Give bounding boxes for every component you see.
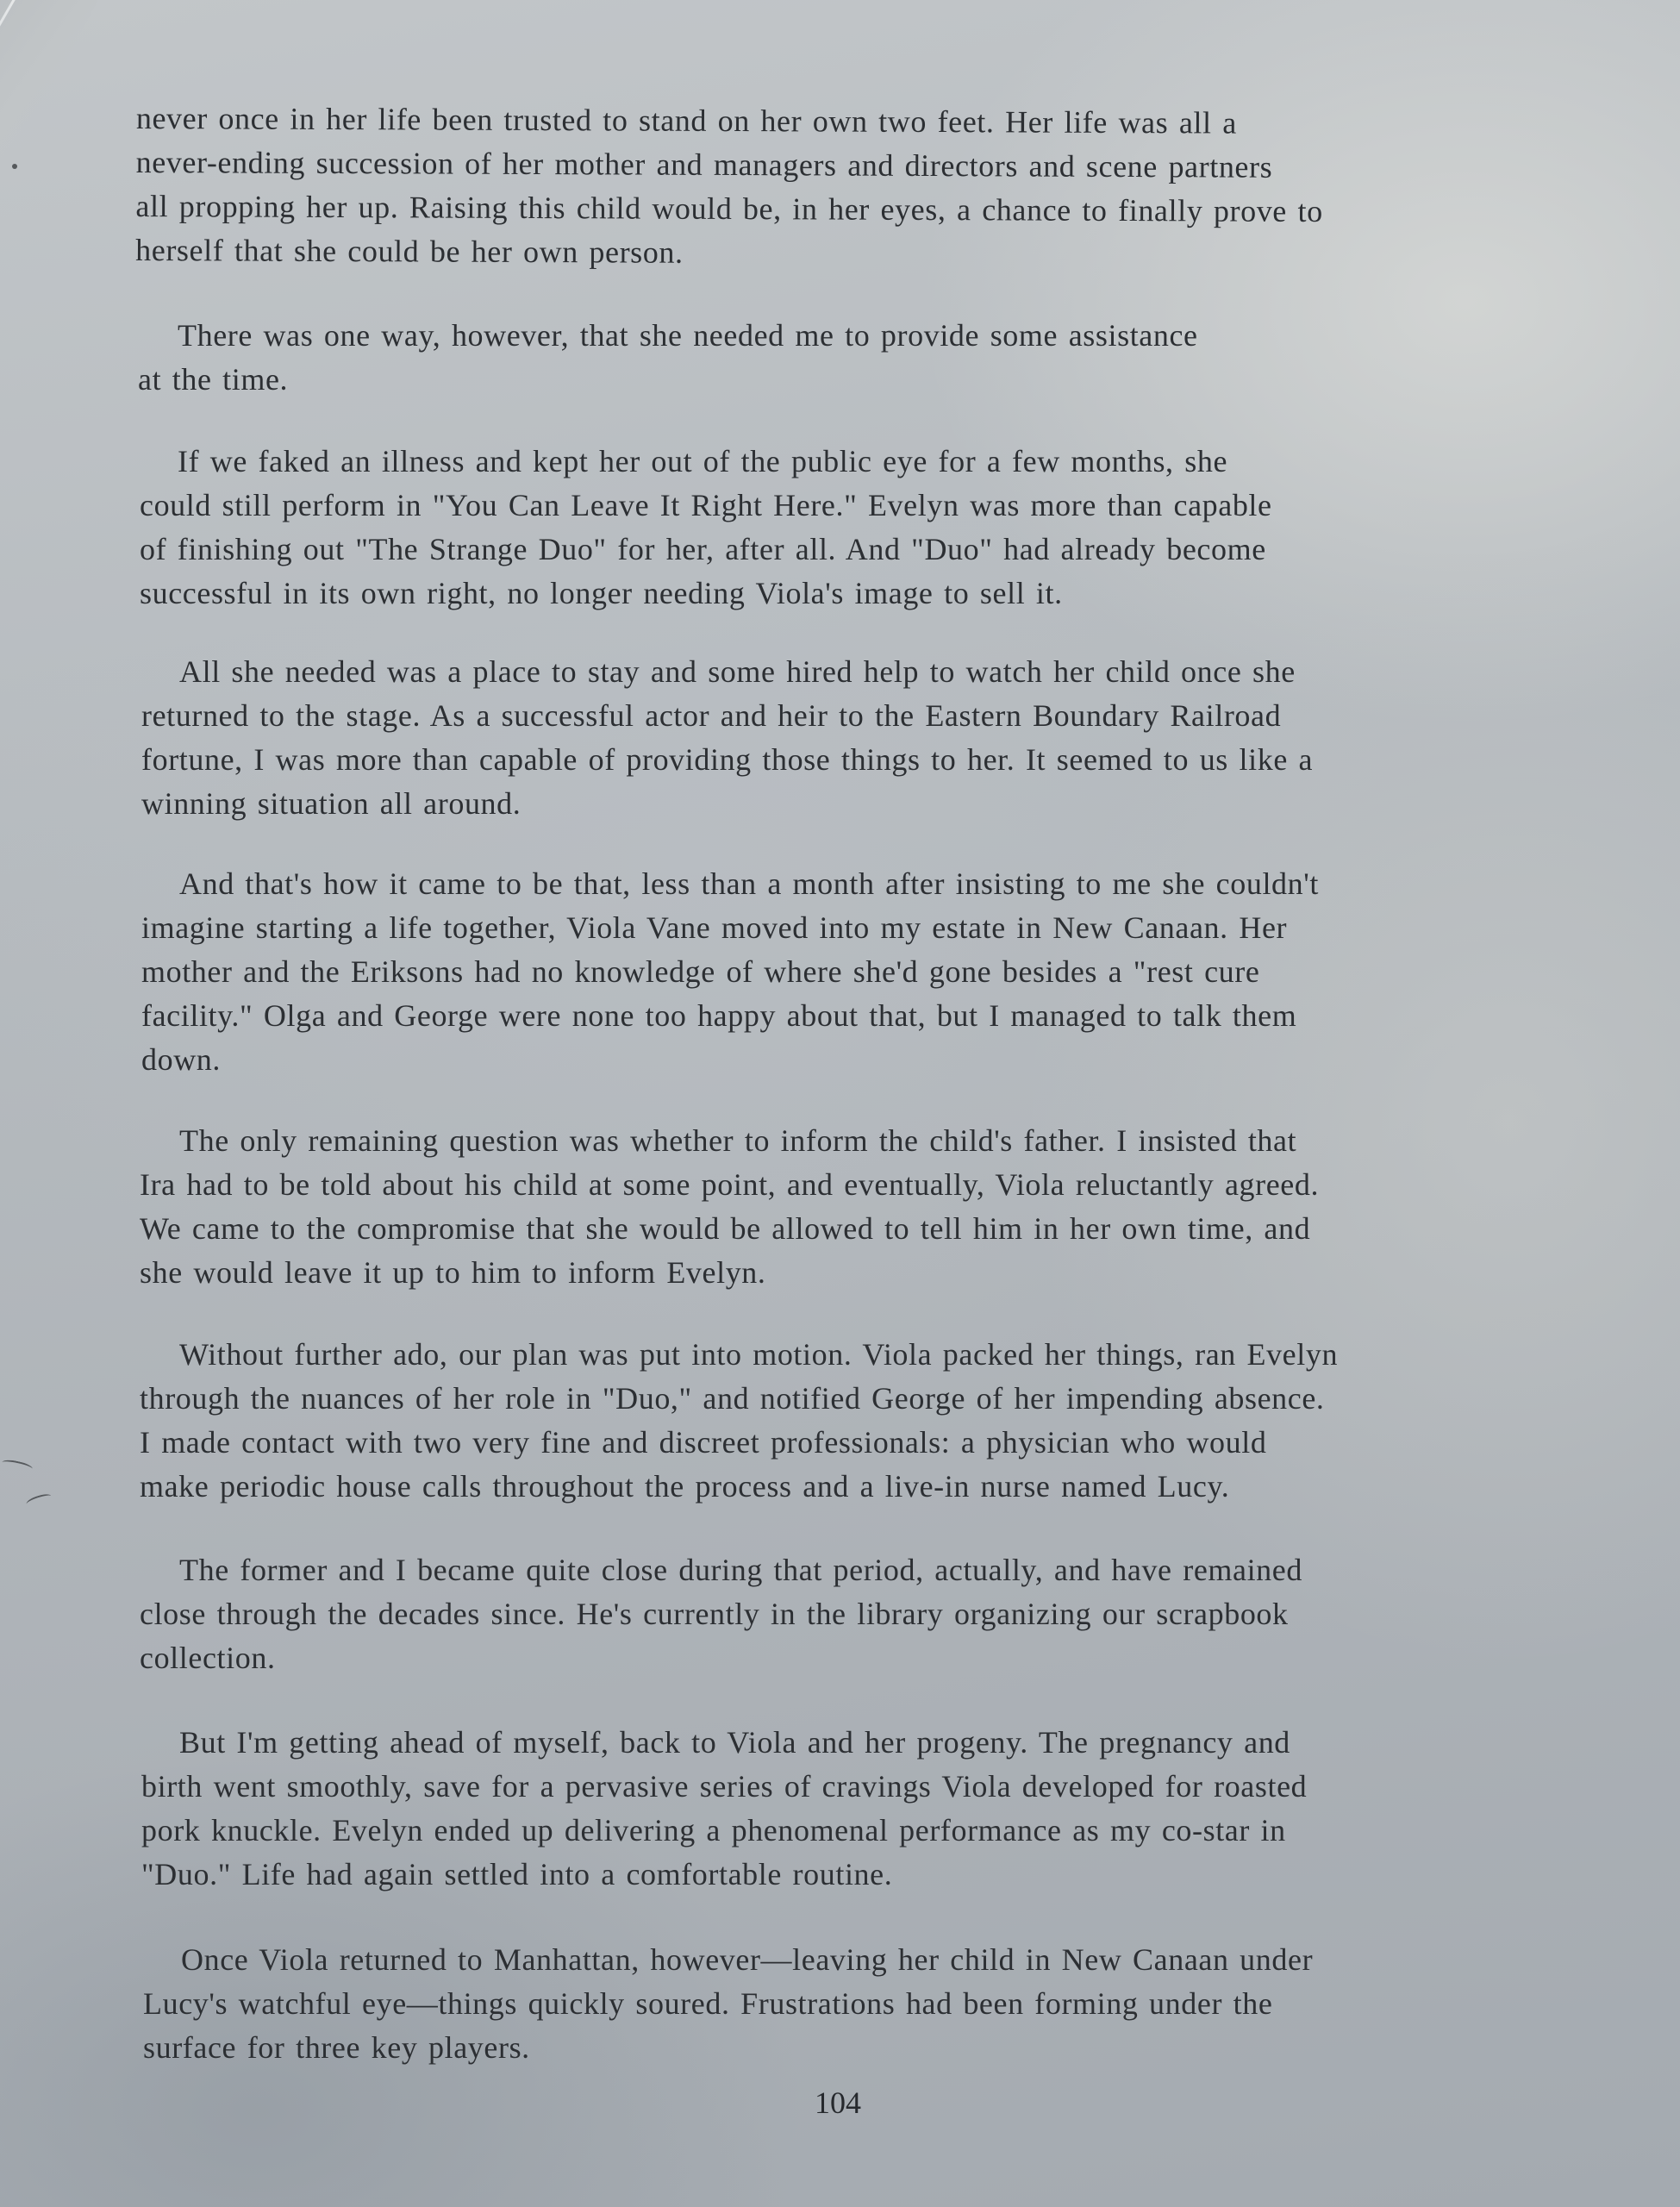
text-line: down.	[141, 1038, 1319, 1082]
paragraph: There was one way, however, that she nee…	[138, 314, 1198, 402]
text-line: We came to the compromise that she would…	[140, 1207, 1319, 1251]
text-line: could still perform in "You Can Leave It…	[140, 484, 1272, 528]
text-line: returned to the stage. As a successful a…	[141, 694, 1313, 738]
text-line: All she needed was a place to stay and s…	[141, 650, 1313, 694]
text-line: "Duo." Life had again settled into a com…	[141, 1853, 1307, 1897]
text-line: close through the decades since. He's cu…	[140, 1592, 1302, 1636]
paragraph: The only remaining question was whether …	[140, 1119, 1319, 1295]
text-line: of finishing out "The Strange Duo" for h…	[140, 528, 1272, 572]
text-line: she would leave it up to him to inform E…	[140, 1251, 1319, 1295]
text-line: herself that she could be her own person…	[135, 228, 1323, 278]
text-line: Once Viola returned to Manhattan, howeve…	[143, 1938, 1313, 1982]
text-line: Lucy's watchful eye—things quickly soure…	[143, 1982, 1313, 2026]
text-line: at the time.	[138, 358, 1198, 402]
paragraph: Without further ado, our plan was put in…	[140, 1333, 1338, 1509]
paragraph: And that's how it came to be that, less …	[141, 862, 1319, 1082]
page-number: 104	[815, 2085, 861, 2121]
text-line: Ira had to be told about his child at so…	[140, 1163, 1319, 1207]
text-line: make periodic house calls throughout the…	[140, 1465, 1338, 1509]
text-line: I made contact with two very fine and di…	[140, 1421, 1338, 1465]
text-line: birth went smoothly, save for a pervasiv…	[141, 1765, 1307, 1809]
text-line: never once in her life been trusted to s…	[136, 97, 1324, 146]
text-line: imagine starting a life together, Viola …	[141, 906, 1319, 950]
text-line: If we faked an illness and kept her out …	[140, 440, 1272, 484]
text-line: The former and I became quite close duri…	[140, 1548, 1302, 1592]
paragraph: But I'm getting ahead of myself, back to…	[141, 1721, 1307, 1897]
text-line: successful in its own right, no longer n…	[140, 572, 1272, 616]
text-line: surface for three key players.	[143, 2026, 1313, 2070]
text-line: The only remaining question was whether …	[140, 1119, 1319, 1163]
paragraph: never once in her life been trusted to s…	[135, 97, 1323, 278]
text-line: facility." Olga and George were none too…	[141, 994, 1319, 1038]
text-line: collection.	[140, 1636, 1302, 1680]
text-line: mother and the Eriksons had no knowledge…	[141, 950, 1319, 994]
text-line: And that's how it came to be that, less …	[141, 862, 1319, 906]
text-line: Without further ado, our plan was put in…	[140, 1333, 1338, 1377]
text-line: winning situation all around.	[141, 782, 1313, 826]
text-line: pork knuckle. Evelyn ended up delivering…	[141, 1809, 1307, 1853]
paragraph: All she needed was a place to stay and s…	[141, 650, 1313, 826]
paragraph: Once Viola returned to Manhattan, howeve…	[143, 1938, 1313, 2070]
text-line: never-ending succession of her mother an…	[136, 141, 1324, 190]
text-line: There was one way, however, that she nee…	[138, 314, 1198, 358]
text-line: all propping her up. Raising this child …	[135, 184, 1323, 234]
paragraph: The former and I became quite close duri…	[140, 1548, 1302, 1680]
text-line: through the nuances of her role in "Duo,…	[140, 1377, 1338, 1421]
paper-speck	[12, 164, 17, 169]
text-line: But I'm getting ahead of myself, back to…	[141, 1721, 1307, 1765]
paragraph: If we faked an illness and kept her out …	[140, 440, 1272, 616]
text-line: fortune, I was more than capable of prov…	[141, 738, 1313, 782]
